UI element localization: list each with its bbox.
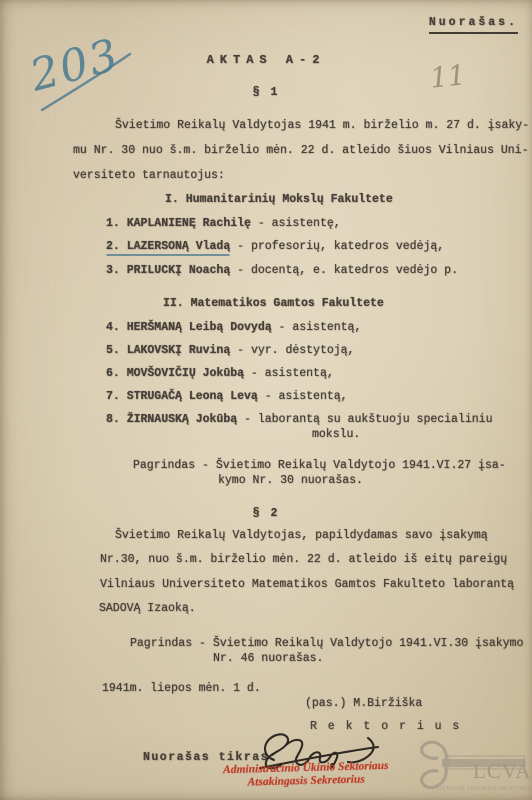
section2-paragraph-line: Nr.30, nuo š.m. birželio mėn. 22 d. atle… [100,553,507,567]
list-item-role: - asistentą, [244,367,334,380]
copy-label: Nuorašas. [429,16,518,34]
document-title: AKTAS A-2 [0,53,532,67]
section1-heading: § 1 [0,86,532,100]
section2-paragraph-line: SADOVĄ Izaoką. [99,602,196,616]
section1-paragraph-line: mu Nr. 30 nuo š.m. birželio mėn. 22 d. a… [73,144,528,158]
list-item-role: - asistentą, [258,390,348,403]
basis-line: Nr. 46 nuorašas. [213,652,323,666]
section2-paragraph-line: Vilniaus Universiteto Matematikos Gamtos… [100,578,514,592]
list-item-name: 4. HERŠMANĄ Leibą Dovydą [106,321,272,334]
section2-heading: § 2 [0,507,532,521]
list-item-role: - profesorių, katedros vedėją, [230,240,444,253]
list-item-role: - vyr. dėstytoją, [230,344,354,357]
list-item-name: 3. PRILUCKĮ Noachą [106,264,230,277]
section2-paragraph-line: Švietimo Reikalų Valdytojas, papildydama… [115,529,488,543]
list-item: 8. ŽIRNAUSKĄ Jokūbą - laborantą su aukšt… [106,413,492,427]
list-item-role: - asistentę, [251,217,341,230]
section1-paragraph-line: versiteto tarnautojus: [73,169,225,183]
signed-by: (pas.) M.Biržiška [305,697,422,711]
section1-paragraph-line: Švietimo Reikalų Valdytojas 1941 m. birž… [115,119,529,133]
scanned-document-page: Nuorašas. 203 11 AKTAS A-2 § 1 Švietimo … [0,0,532,800]
list-item-wrap: mokslu. [312,428,360,442]
basis-line: Pagrindas - Švietimo Reikalų Valdytojo 1… [130,637,523,651]
list-item-role: - docentą, e. katedros vedėjo p. [230,264,458,277]
list-item-role: - laborantą su aukštuoju specialiniu [237,413,492,426]
list-item: 7. STRUGAČĄ Leoną Levą - asistentą, [106,390,348,404]
list-item-name: 6. MOVŠOVIČIŲ Jokūbą [106,367,244,380]
faculty2-heading: II. Matematikos Gamtos Fakultete [163,297,384,311]
archive-acronym: LCVA [473,759,531,784]
list-item-name: 5. LAKOVSKĮ Ruviną [106,344,230,357]
official-stamp: Administracinio Ūkinio Sektoriaus Atsaki… [196,759,417,790]
archive-watermark: LCVA LIETUVOS CENTRINIS VALSTYBĖS ARCHYV… [415,737,532,797]
basis-line: Pagrindas - Švietimo Reikalų Valdytojo 1… [133,459,506,473]
list-item: 5. LAKOVSKĮ Ruviną - vyr. dėstytoją, [106,344,354,358]
list-item: 3. PRILUCKĮ Noachą - docentą, e. katedro… [106,264,458,278]
faculty1-heading: I. Humanitarinių Mokslų Fakultete [165,193,393,207]
list-item-role: - asistentą, [272,321,362,334]
document-date: 1941m. liepos mėn. 1 d. [102,682,261,696]
list-item-name: 7. STRUGAČĄ Leoną Levą [106,390,258,403]
list-item-name-underlined: 2. LAZERSONĄ Vladą [106,240,230,254]
archive-acronym-text: LCVA [473,759,531,783]
list-item: 2. LAZERSONĄ Vladą - profesorių, katedro… [106,240,444,254]
list-item: 4. HERŠMANĄ Leibą Dovydą - asistentą, [106,321,361,335]
list-item-name: 1. KAPLANIENĘ Rachilę [106,217,251,230]
list-item: 1. KAPLANIENĘ Rachilę - asistentę, [106,217,341,231]
list-item-name: 8. ŽIRNAUSKĄ Jokūbą [106,413,237,426]
list-item: 6. MOVŠOVIČIŲ Jokūbą - asistentą, [106,367,334,381]
archive-caption: LIETUVOS CENTRINIS VALSTYBĖS ARCHYVAS [437,786,532,792]
basis-line: kymo Nr. 30 nuorašas. [218,474,363,488]
